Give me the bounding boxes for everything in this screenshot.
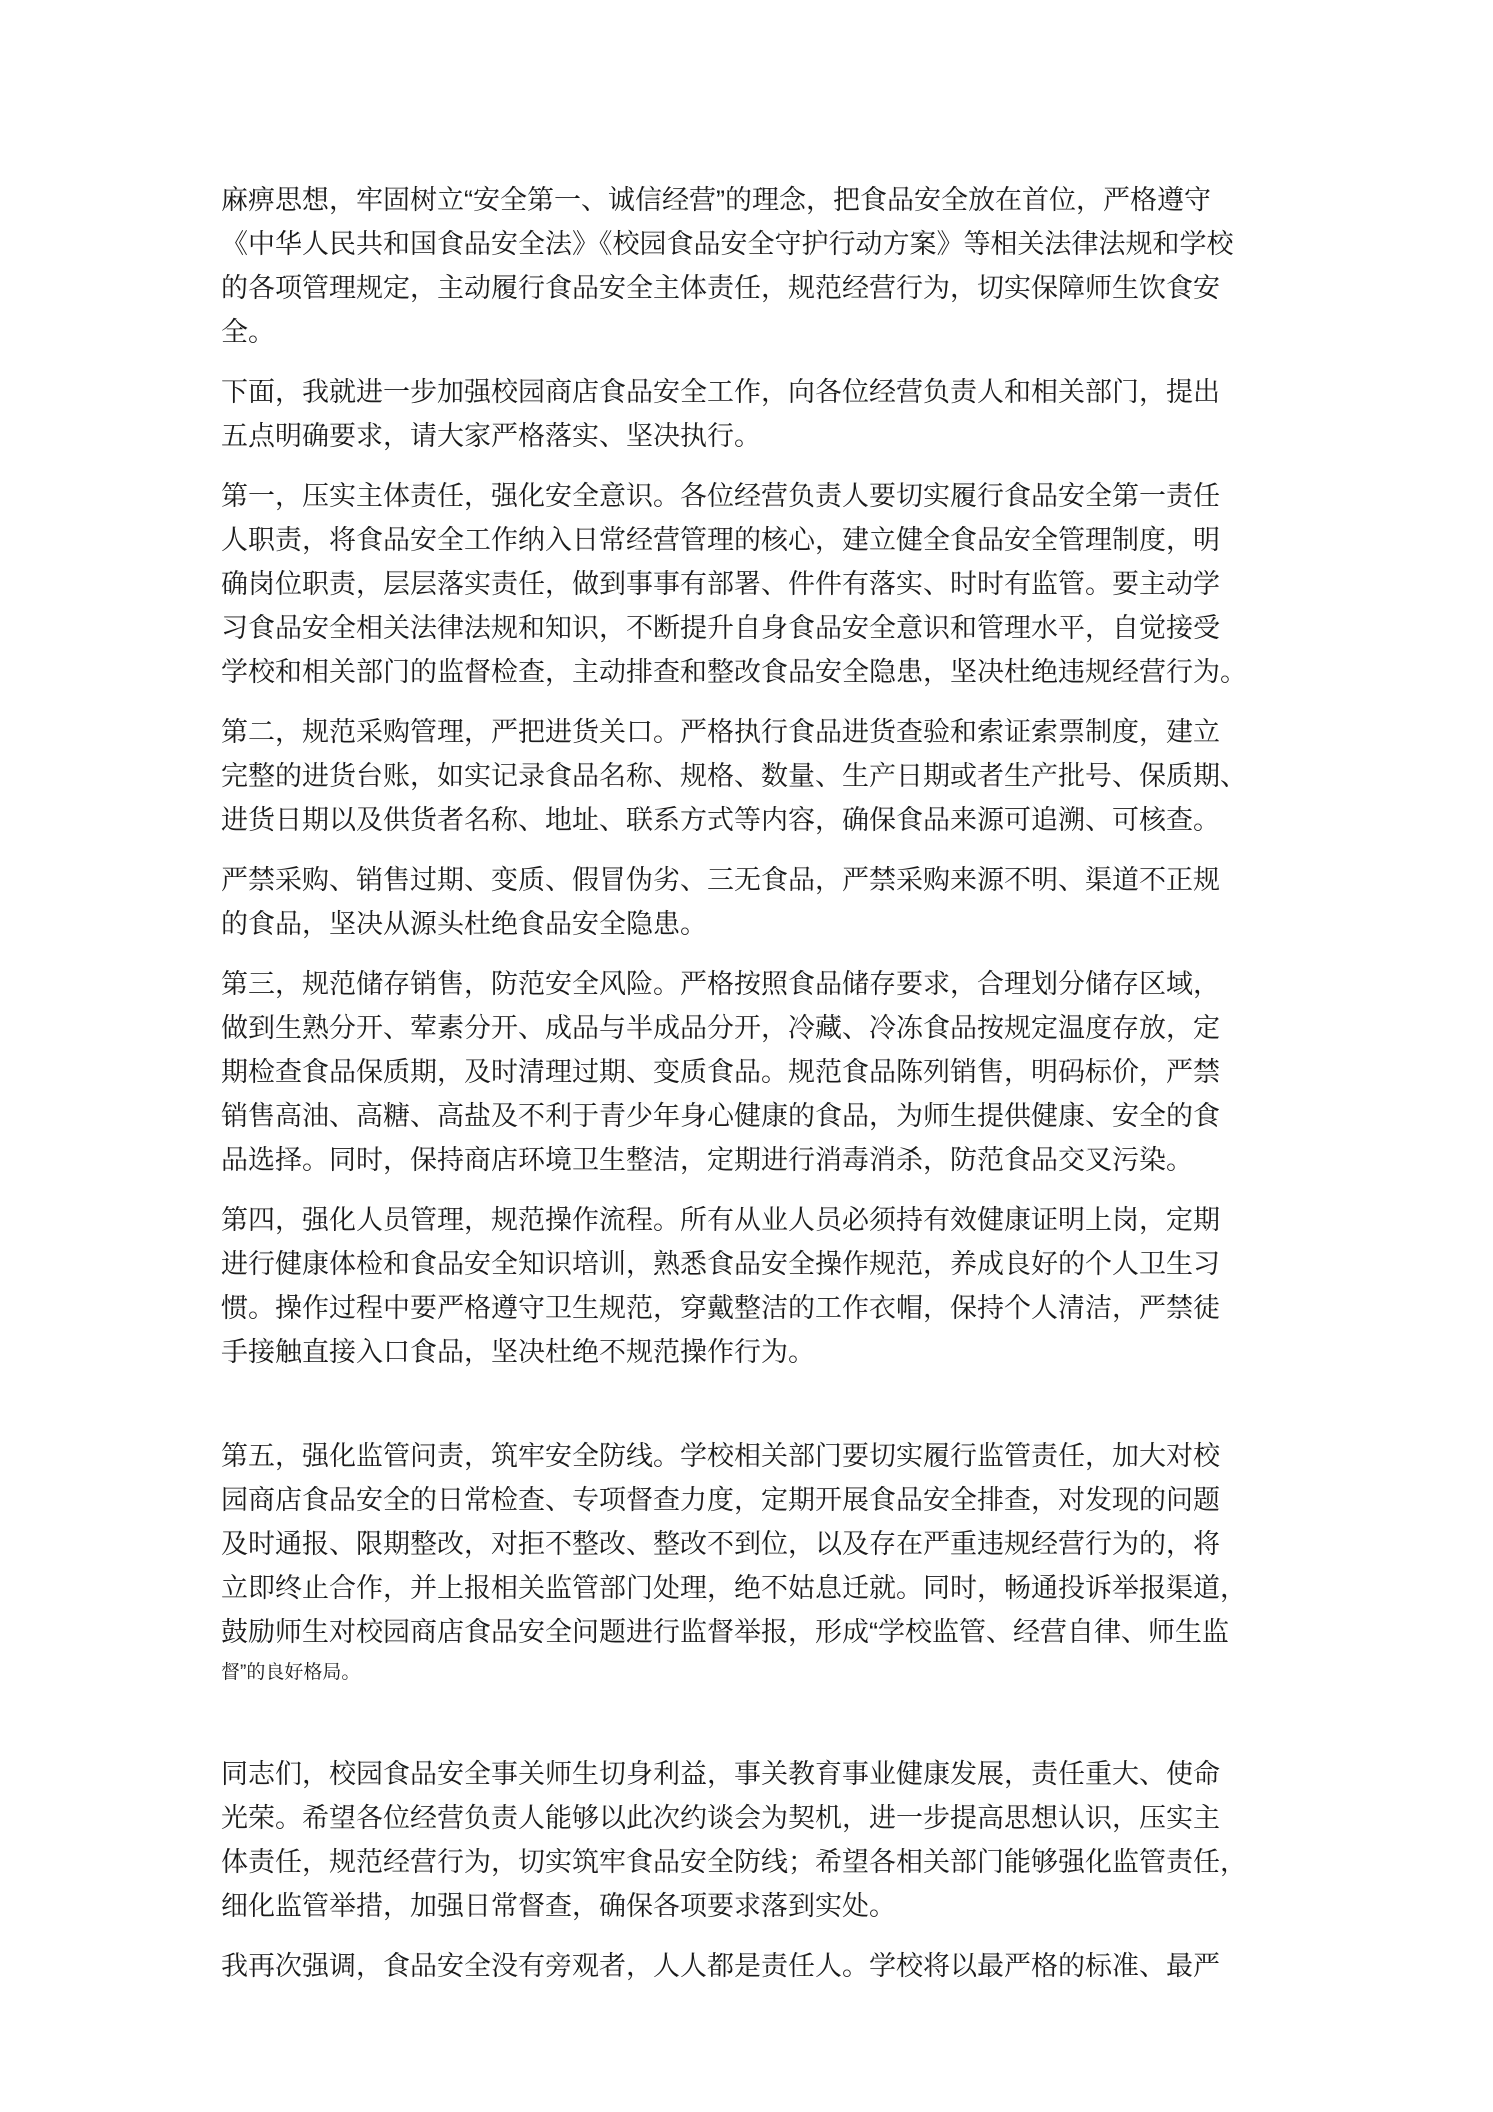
paragraph-point-5-small-tail: 督”的良好格局。 — [221, 1654, 1266, 1692]
paragraph-intro-responsibility: 麻痹思想，牢固树立“安全第一、诚信经营”的理念，把食品安全放在首位，严格遵守 《… — [221, 178, 1266, 354]
paragraph-point-5-main: 第五，强化监管问责，筑牢安全防线。学校相关部门要切实履行监管责任，加大对校 园商… — [221, 1441, 1247, 1647]
paragraph-point-2-prohibitions: 严禁采购、销售过期、变质、假冒伪劣、三无食品，严禁采购来源不明、渠道不正规 的食… — [221, 858, 1266, 946]
document-body: 麻痹思想，牢固树立“安全第一、诚信经营”的理念，把食品安全放在首位，严格遵守 《… — [221, 178, 1266, 2004]
paragraph-final-emphasis: 我再次强调，食品安全没有旁观者，人人都是责任人。学校将以最严格的标准、最严 — [221, 1944, 1266, 1988]
paragraph-comrades-closing: 同志们，校园食品安全事关师生切身利益，事关教育事业健康发展，责任重大、使命 光荣… — [221, 1752, 1266, 1928]
paragraph-point-2: 第二，规范采购管理，严把进货关口。严格执行食品进货查验和索证索票制度，建立 完整… — [221, 710, 1266, 842]
paragraph-five-requirements-lead: 下面，我就进一步加强校园商店食品安全工作，向各位经营负责人和相关部门，提出 五点… — [221, 370, 1266, 458]
paragraph-point-1: 第一，压实主体责任，强化安全意识。各位经营负责人要切实履行食品安全第一责任 人职… — [221, 474, 1266, 694]
paragraph-point-5: 第五，强化监管问责，筑牢安全防线。学校相关部门要切实履行监管责任，加大对校 园商… — [221, 1390, 1266, 1736]
document-page: 麻痹思想，牢固树立“安全第一、诚信经营”的理念，把食品安全放在首位，严格遵守 《… — [0, 0, 1493, 2112]
paragraph-point-4: 第四，强化人员管理，规范操作流程。所有从业人员必须持有效健康证明上岗，定期 进行… — [221, 1198, 1266, 1374]
paragraph-point-3: 第三，规范储存销售，防范安全风险。严格按照食品储存要求，合理划分储存区域， 做到… — [221, 962, 1266, 1182]
